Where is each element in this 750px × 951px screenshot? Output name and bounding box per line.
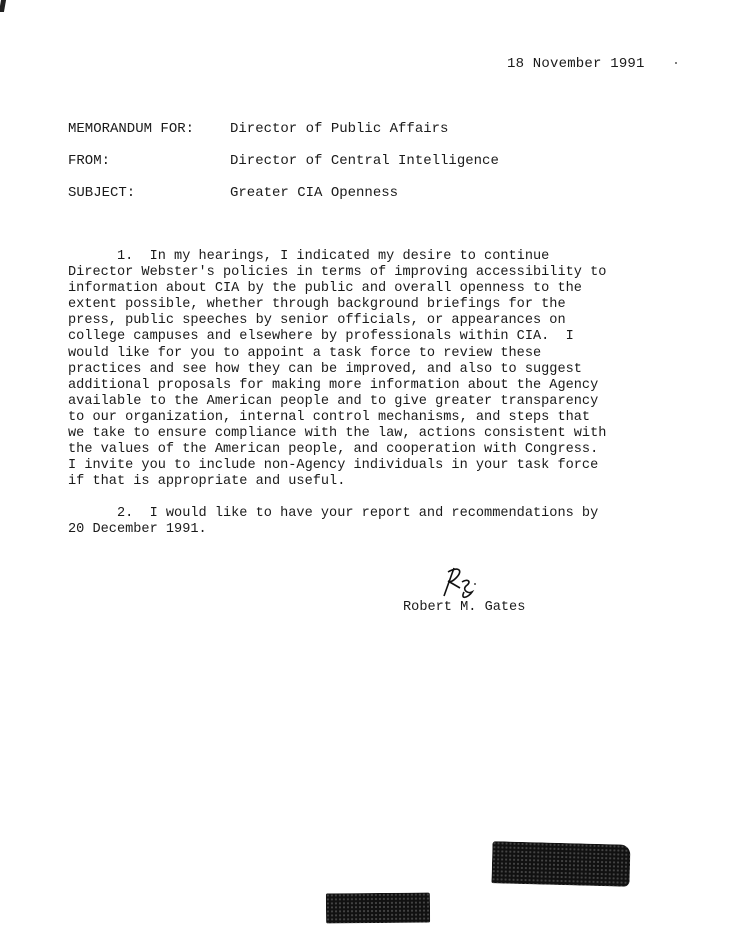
text-line: practices and see how they can be improv…: [68, 362, 708, 378]
scan-speck: [675, 62, 677, 64]
subject-row: SUBJECT: Greater CIA Openness: [68, 185, 102, 249]
text-line: if that is appropriate and useful.: [68, 474, 708, 490]
paragraph-2: 2. I would like to have your report and …: [68, 506, 708, 538]
text-line: I invite you to include non-Agency indiv…: [68, 458, 708, 474]
text-line: college campuses and elsewhere by profes…: [68, 329, 708, 345]
signer-name: Robert M. Gates: [403, 600, 525, 615]
text-line: we take to ensure compliance with the la…: [68, 426, 708, 442]
text-line: information about CIA by the public and …: [68, 281, 708, 297]
memo-date: 18 November 1991: [507, 56, 645, 72]
text-line: would like for you to appoint a task for…: [68, 346, 708, 362]
scan-corner-mark: [0, 0, 6, 12]
text-line: additional proposals for making more inf…: [68, 378, 708, 394]
text-line: 1. In my hearings, I indicated my desire…: [68, 249, 708, 265]
text-line: 2. I would like to have your report and …: [68, 506, 708, 522]
text-line: extent possible, whether through backgro…: [68, 297, 708, 313]
text-line: Director Webster's policies in terms of …: [68, 265, 708, 281]
from-label: FROM:: [68, 153, 110, 169]
memo-for-value: Director of Public Affairs: [230, 121, 448, 137]
memo-page: 18 November 1991 MEMORANDUM FOR: Directo…: [0, 0, 750, 951]
signature-initials-icon: [438, 562, 478, 602]
text-line: press, public speeches by senior officia…: [68, 313, 708, 329]
paragraph-1: 1. In my hearings, I indicated my desire…: [68, 249, 708, 490]
redaction-block: [491, 841, 630, 887]
subject-value: Greater CIA Openness: [230, 185, 398, 201]
text-line: to our organization, internal control me…: [68, 410, 708, 426]
redaction-block: [326, 893, 430, 924]
text-line: 20 December 1991.: [68, 522, 708, 538]
subject-label: SUBJECT:: [68, 185, 135, 201]
text-line: available to the American people and to …: [68, 394, 708, 410]
memo-for-label: MEMORANDUM FOR:: [68, 121, 194, 137]
from-value: Director of Central Intelligence: [230, 153, 499, 169]
text-line: the values of the American people, and c…: [68, 442, 708, 458]
